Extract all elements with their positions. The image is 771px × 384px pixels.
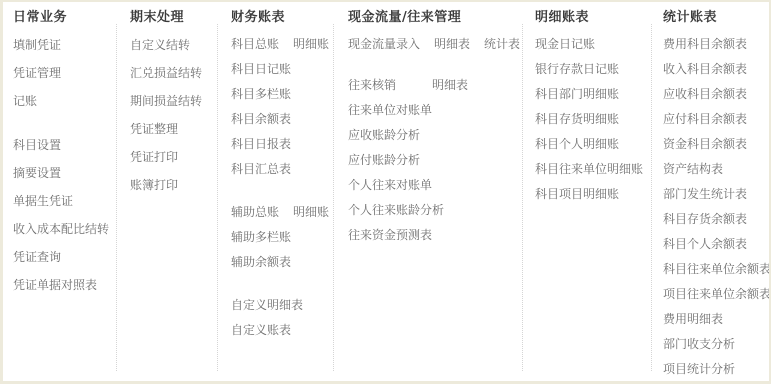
menu-row: 项目往来单位余额表 [663, 280, 771, 305]
menu-row: 期间损益结转 [130, 86, 202, 114]
menu-item-ledger-print[interactable]: 账簿打印 [130, 178, 178, 192]
row-spacer [348, 55, 520, 71]
column-title-detail-ledgers: 明细账表 [535, 10, 643, 30]
menu-row: 资金科目余额表 [663, 130, 771, 155]
menu-column-detail-ledgers: 明细账表 现金日记账 银行存款日记账 科目部门明细账 科目存货明细账 科目个人明… [535, 10, 643, 205]
menu-row: 收入科目余额表 [663, 55, 771, 80]
menu-item-asset-structure-sheet[interactable]: 资产结构表 [663, 162, 723, 176]
row-spacer [231, 273, 329, 291]
menu-item-account-detail-ledger[interactable]: 明细账 [293, 37, 329, 51]
menu-item-account-inventory-balance-sheet[interactable]: 科目存货余额表 [663, 212, 747, 226]
menu-row: 科目日记账 [231, 55, 329, 80]
menu-item-receivable-aging-analysis[interactable]: 应收账龄分析 [348, 128, 420, 142]
menu-row: 自定义账表 [231, 316, 329, 341]
menu-item-account-project-detail-ledger[interactable]: 科目项目明细账 [535, 187, 619, 201]
menu-row: 科目设置 [13, 130, 109, 158]
menu-item-account-journal[interactable]: 科目日记账 [231, 62, 291, 76]
menu-item-project-unit-balance-sheet[interactable]: 项目往来单位余额表 [663, 287, 771, 301]
menu-row: 科目项目明细账 [535, 180, 643, 205]
menu-row: 凭证查询 [13, 242, 109, 270]
menu-item-summary-setup[interactable]: 摘要设置 [13, 166, 61, 180]
menu-item-transaction-writeoff[interactable]: 往来核销 [348, 78, 396, 92]
menu-item-department-activity-statistics[interactable]: 部门发生统计表 [663, 187, 747, 201]
menu-item-voucher-print[interactable]: 凭证打印 [130, 150, 178, 164]
menu-item-bank-deposit-journal[interactable]: 银行存款日记账 [535, 62, 619, 76]
menu-item-period-gain-loss-transfer[interactable]: 期间损益结转 [130, 94, 202, 108]
menu-item-custom-report[interactable]: 自定义账表 [231, 323, 291, 337]
menu-item-auxiliary-detail-ledger[interactable]: 明细账 [293, 205, 329, 219]
menu-item-revenue-cost-matching-transfer[interactable]: 收入成本配比结转 [13, 222, 109, 236]
menu-item-voucher-document-comparison[interactable]: 凭证单据对照表 [13, 278, 97, 292]
menu-row: 辅助余额表 [231, 248, 329, 273]
column-divider [116, 24, 117, 371]
menu-item-transaction-funds-forecast[interactable]: 往来资金预测表 [348, 228, 432, 242]
menu-column-statistical-reports: 统计账表 费用科目余额表 收入科目余额表 应收科目余额表 应付科目余额表 资金科… [663, 10, 771, 380]
menu-row: 费用明细表 [663, 305, 771, 330]
menu-row: 往来单位对账单 [348, 96, 520, 121]
menu-row: 往来资金预测表 [348, 221, 520, 246]
menu-item-account-unit-detail-ledger[interactable]: 科目往来单位明细账 [535, 162, 643, 176]
menu-column-cashflow-transactions: 现金流量/往来管理 现金流量录入明细表统计表 往来核销明细表 往来单位对账单 应… [348, 10, 520, 246]
menu-row: 个人往来对账单 [348, 171, 520, 196]
menu-item-funds-account-balance-sheet[interactable]: 资金科目余额表 [663, 137, 747, 151]
menu-row: 摘要设置 [13, 158, 109, 186]
menu-item-expense-account-balance-sheet[interactable]: 费用科目余额表 [663, 37, 747, 51]
menu-row: 应付科目余额表 [663, 105, 771, 130]
menu-row: 应付账龄分析 [348, 146, 520, 171]
menu-item-account-balance-sheet[interactable]: 科目余额表 [231, 112, 291, 126]
menu-row: 科目存货余额表 [663, 205, 771, 230]
menu-item-bookkeeping[interactable]: 记账 [13, 94, 37, 108]
column-divider [522, 24, 523, 371]
menu-item-department-income-expense-analysis[interactable]: 部门收支分析 [663, 337, 735, 351]
column-title-period-end: 期末处理 [130, 10, 202, 30]
menu-item-account-general-ledger[interactable]: 科目总账 [231, 37, 279, 51]
menu-row: 科目余额表 [231, 105, 329, 130]
menu-row: 项目统计分析 [663, 355, 771, 380]
column-divider [217, 24, 218, 371]
menu-row: 凭证单据对照表 [13, 270, 109, 298]
menu-column-daily-operations: 日常业务 填制凭证 凭证管理 记账 科目设置 摘要设置 单据生凭证 收入成本配比… [13, 10, 109, 298]
menu-item-cashflow-detail-sheet[interactable]: 明细表 [434, 37, 470, 51]
menu-row: 科目个人明细账 [535, 130, 643, 155]
menu-item-voucher-arrangement[interactable]: 凭证整理 [130, 122, 178, 136]
menu-item-fill-voucher[interactable]: 填制凭证 [13, 38, 61, 52]
column-divider [333, 24, 334, 371]
menu-row: 单据生凭证 [13, 186, 109, 214]
column-title-cashflow-transactions: 现金流量/往来管理 [348, 10, 520, 30]
menu-item-auxiliary-balance-sheet[interactable]: 辅助余额表 [231, 255, 291, 269]
menu-item-account-setup[interactable]: 科目设置 [13, 138, 61, 152]
menu-item-account-daily-report[interactable]: 科目日报表 [231, 137, 291, 151]
menu-row: 凭证管理 [13, 58, 109, 86]
menu-row: 资产结构表 [663, 155, 771, 180]
column-title-financial-reports: 财务账表 [231, 10, 329, 30]
row-spacer [13, 114, 109, 130]
menu-item-account-unit-balance-sheet[interactable]: 科目往来单位余额表 [663, 262, 771, 276]
menu-row: 凭证整理 [130, 114, 202, 142]
menu-row: 科目汇总表 [231, 155, 329, 180]
menu-row: 自定义明细表 [231, 291, 329, 316]
menu-row: 现金日记账 [535, 30, 643, 55]
menu-item-payable-account-balance-sheet[interactable]: 应付科目余额表 [663, 112, 747, 126]
menu-item-unit-statement[interactable]: 往来单位对账单 [348, 103, 432, 117]
menu-item-custom-detail-sheet[interactable]: 自定义明细表 [231, 298, 303, 312]
menu-row: 凭证打印 [130, 142, 202, 170]
menu-item-auxiliary-general-ledger[interactable]: 辅助总账 [231, 205, 279, 219]
menu-item-account-inventory-detail-ledger[interactable]: 科目存货明细账 [535, 112, 619, 126]
menu-item-account-department-detail-ledger[interactable]: 科目部门明细账 [535, 87, 619, 101]
menu-item-personal-statement[interactable]: 个人往来对账单 [348, 178, 432, 192]
menu-item-voucher-from-document[interactable]: 单据生凭证 [13, 194, 73, 208]
menu-row: 部门收支分析 [663, 330, 771, 355]
menu-item-voucher-management[interactable]: 凭证管理 [13, 66, 61, 80]
menu-row: 科目部门明细账 [535, 80, 643, 105]
menu-item-voucher-query[interactable]: 凭证查询 [13, 250, 61, 264]
menu-row: 科目个人余额表 [663, 230, 771, 255]
menu-row: 应收账龄分析 [348, 121, 520, 146]
menu-row: 费用科目余额表 [663, 30, 771, 55]
menu-column-period-end: 期末处理 自定义结转 汇兑损益结转 期间损益结转 凭证整理 凭证打印 账簿打印 [130, 10, 202, 198]
column-title-statistical-reports: 统计账表 [663, 10, 771, 30]
row-spacer [231, 180, 329, 198]
menu-row: 辅助多栏账 [231, 223, 329, 248]
column-title-daily-operations: 日常业务 [13, 10, 109, 30]
menu-item-auxiliary-multi-column-ledger[interactable]: 辅助多栏账 [231, 230, 291, 244]
menu-row: 部门发生统计表 [663, 180, 771, 205]
ledger-menu-panel: 日常业务 填制凭证 凭证管理 记账 科目设置 摘要设置 单据生凭证 收入成本配比… [0, 0, 771, 384]
menu-row: 科目往来单位明细账 [535, 155, 643, 180]
menu-item-revenue-account-balance-sheet[interactable]: 收入科目余额表 [663, 62, 747, 76]
menu-item-receivable-account-balance-sheet[interactable]: 应收科目余额表 [663, 87, 747, 101]
menu-item-personal-aging-analysis[interactable]: 个人往来账龄分析 [348, 203, 444, 217]
menu-row: 汇兑损益结转 [130, 58, 202, 86]
menu-column-financial-reports: 财务账表 科目总账明细账 科目日记账 科目多栏账 科目余额表 科目日报表 科目汇… [231, 10, 329, 341]
menu-row: 自定义结转 [130, 30, 202, 58]
menu-item-expense-detail-sheet[interactable]: 费用明细表 [663, 312, 723, 326]
menu-item-payable-aging-analysis[interactable]: 应付账龄分析 [348, 153, 420, 167]
menu-row: 银行存款日记账 [535, 55, 643, 80]
menu-row: 应收科目余额表 [663, 80, 771, 105]
menu-item-cashflow-statistics-sheet[interactable]: 统计表 [484, 37, 520, 51]
menu-item-account-multi-column-ledger[interactable]: 科目多栏账 [231, 87, 291, 101]
menu-item-account-personal-balance-sheet[interactable]: 科目个人余额表 [663, 237, 747, 251]
menu-item-account-summary-sheet[interactable]: 科目汇总表 [231, 162, 291, 176]
menu-row: 记账 [13, 86, 109, 114]
menu-row: 现金流量录入明细表统计表 [348, 30, 520, 55]
menu-row: 往来核销明细表 [348, 71, 520, 96]
menu-row: 收入成本配比结转 [13, 214, 109, 242]
menu-row: 填制凭证 [13, 30, 109, 58]
menu-item-transaction-writeoff-detail-sheet[interactable]: 明细表 [432, 78, 468, 92]
menu-row: 辅助总账明细账 [231, 198, 329, 223]
menu-item-cash-journal[interactable]: 现金日记账 [535, 37, 595, 51]
menu-item-exchange-gain-loss-transfer[interactable]: 汇兑损益结转 [130, 66, 202, 80]
menu-row: 科目多栏账 [231, 80, 329, 105]
column-divider [651, 24, 652, 371]
menu-item-cashflow-entry[interactable]: 现金流量录入 [348, 37, 420, 51]
menu-item-account-personal-detail-ledger[interactable]: 科目个人明细账 [535, 137, 619, 151]
menu-item-custom-transfer[interactable]: 自定义结转 [130, 38, 190, 52]
menu-item-project-statistics-analysis[interactable]: 项目统计分析 [663, 362, 735, 376]
menu-row: 科目存货明细账 [535, 105, 643, 130]
menu-row: 科目往来单位余额表 [663, 255, 771, 280]
menu-row: 科目总账明细账 [231, 30, 329, 55]
menu-row: 科目日报表 [231, 130, 329, 155]
menu-row: 账簿打印 [130, 170, 202, 198]
menu-row: 个人往来账龄分析 [348, 196, 520, 221]
